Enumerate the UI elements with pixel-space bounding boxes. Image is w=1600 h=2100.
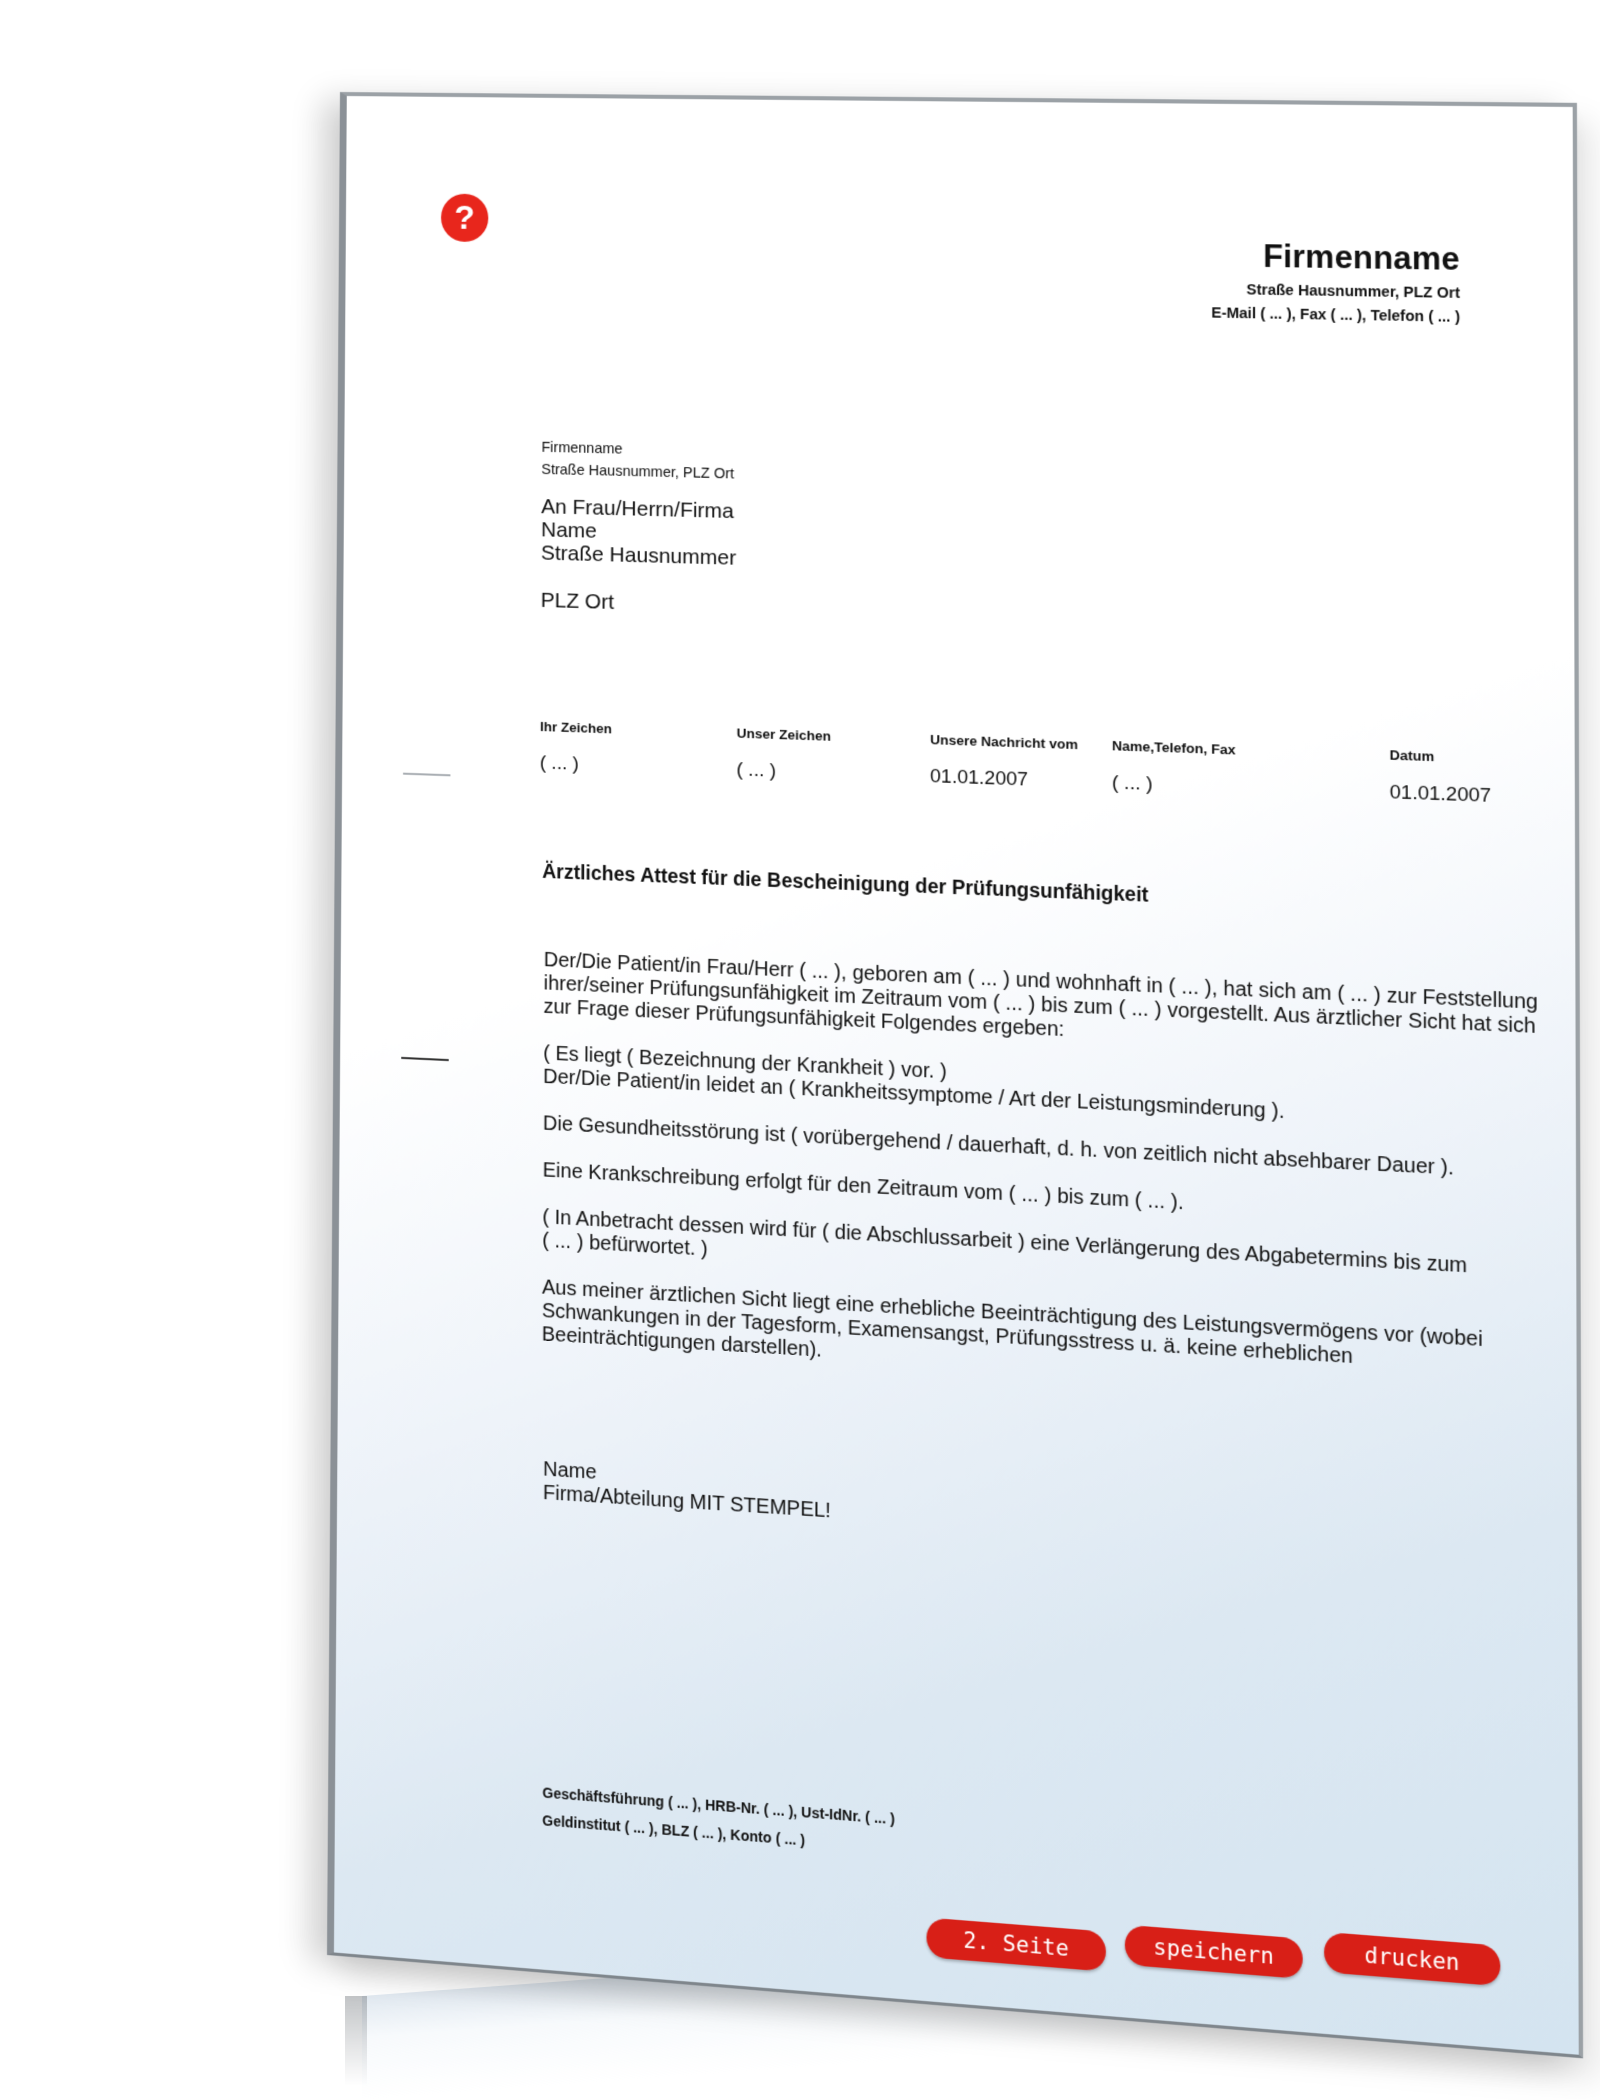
company-address: Straße Hausnummer, PLZ Ort [1211, 282, 1460, 303]
punch-mark [401, 1057, 448, 1061]
ref-value: ( ... ) [736, 759, 830, 785]
body-paragraph: Der/Die Patient/in Frau/Herr ( ... ), ge… [543, 949, 1539, 1064]
help-icon[interactable]: ? [441, 194, 489, 243]
ref-value: 01.01.2007 [930, 766, 1078, 794]
signature-block: Name Firma/Abteilung MIT STEMPEL! [543, 1458, 831, 1523]
print-button[interactable]: drucken [1324, 1932, 1500, 1986]
ref-name-telefon-fax: Name,Telefon, Fax ( ... ) [1112, 738, 1236, 799]
recipient-city: PLZ Ort [541, 589, 736, 618]
company-contact: E-Mail ( ... ), Fax ( ... ), Telefon ( .… [1211, 305, 1460, 326]
recipient-street: Straße Hausnummer [541, 541, 736, 569]
ref-value: 01.01.2007 [1390, 782, 1492, 809]
page-edge-reflection [345, 1996, 367, 2086]
ref-value: ( ... ) [540, 752, 612, 777]
ref-label: Unsere Nachricht vom [930, 732, 1078, 752]
fold-mark [403, 773, 450, 777]
footer: Geschäftsführung ( ... ), HRB-Nr. ( ... … [542, 1779, 895, 1862]
sender-line: Firmenname Straße Hausnummer, PLZ Ort [541, 437, 734, 486]
document-page-wrapper: ? Firmenname Straße Hausnummer, PLZ Ort … [327, 92, 1583, 2058]
ref-label: Datum [1390, 747, 1491, 766]
ref-ihr-zeichen: Ihr Zeichen ( ... ) [540, 719, 612, 777]
ref-label: Name,Telefon, Fax [1112, 738, 1236, 758]
recipient-address: An Frau/Herrn/Firma Name Straße Hausnumm… [541, 495, 737, 618]
company-name: Firmenname [1211, 237, 1460, 278]
letterhead: Firmenname Straße Hausnummer, PLZ Ort E-… [1211, 237, 1460, 326]
ref-datum: Datum 01.01.2007 [1390, 747, 1492, 808]
subject-line: Ärztliches Attest für die Bescheinigung … [542, 861, 1148, 908]
document-page: ? Firmenname Straße Hausnummer, PLZ Ort … [327, 92, 1583, 2058]
reference-row: Ihr Zeichen ( ... ) Unser Zeichen ( ... … [540, 719, 1469, 823]
ref-value: ( ... ) [1112, 772, 1236, 799]
ref-label: Ihr Zeichen [540, 719, 612, 737]
ref-unser-zeichen: Unser Zeichen ( ... ) [736, 725, 831, 784]
ref-label: Unser Zeichen [737, 725, 831, 743]
ref-unsere-nachricht: Unsere Nachricht vom 01.01.2007 [930, 732, 1078, 794]
sender-address: Straße Hausnummer, PLZ Ort [541, 459, 734, 486]
second-page-button[interactable]: 2. Seite [926, 1917, 1105, 1971]
save-button[interactable]: speichern [1125, 1925, 1303, 1979]
stage: ? Firmenname Straße Hausnummer, PLZ Ort … [0, 0, 1600, 2100]
letter-body: Der/Die Patient/in Frau/Herr ( ... ), ge… [542, 949, 1540, 1429]
